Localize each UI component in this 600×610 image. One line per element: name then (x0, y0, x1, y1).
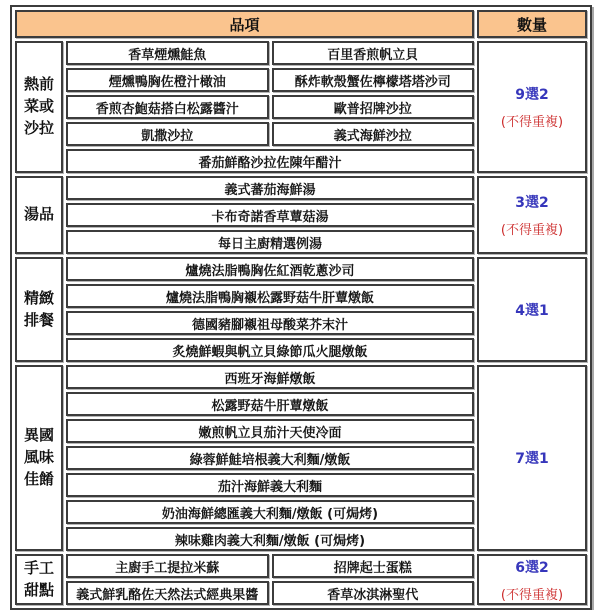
category-cell: 湯品 (15, 176, 63, 254)
dish-cell: 招牌起士蛋糕 (272, 554, 475, 578)
category-label-line: 異國 (24, 425, 54, 447)
menu-section-3: 異國風味佳餚西班牙海鮮燉飯松露野菇牛肝蕈燉飯嫩煎帆立貝茄汁天使冷面綠蓉鮮鮭培根義… (15, 365, 587, 551)
dish-row: 德國豬腳襯祖母酸菜芥末汁 (66, 311, 474, 335)
dish-cell: 凱撒沙拉 (66, 122, 269, 146)
quantity-value: 4選1 (515, 300, 548, 320)
quantity-note: (不得重複) (501, 111, 563, 130)
category-label-line: 菜或 (24, 96, 54, 118)
quantity-value: 7選1 (515, 448, 548, 468)
dish-cell: 爐燒法脂鴨胸佐紅酒乾蔥沙司 (66, 257, 474, 281)
menu-body: 熱前菜或沙拉香草煙燻鮭魚百里香煎帆立貝煙燻鴨胸佐橙汁橄油酥炸軟殼蟹佐檸檬塔塔沙司… (15, 41, 587, 600)
dish-list: 爐燒法脂鴨胸佐紅酒乾蔥沙司爐燒法脂鴨胸襯松露野菇牛肝蕈燉飯德國豬腳襯祖母酸菜芥末… (66, 257, 474, 362)
category-cell: 精緻排餐 (15, 257, 63, 362)
dish-cell: 香煎杏鮑菇搭白松露醬汁 (66, 95, 269, 119)
dish-cell: 辣味雞肉義大利麵/燉飯 (可焗烤) (66, 527, 474, 551)
dish-row: 凱撒沙拉義式海鮮沙拉 (66, 122, 474, 146)
quantity-value: 3選2 (515, 192, 548, 212)
menu-section-0: 熱前菜或沙拉香草煙燻鮭魚百里香煎帆立貝煙燻鴨胸佐橙汁橄油酥炸軟殼蟹佐檸檬塔塔沙司… (15, 41, 587, 173)
dish-cell: 西班牙海鮮燉飯 (66, 365, 474, 389)
quantity-cell: 4選1 (477, 257, 587, 362)
dish-row: 香草煙燻鮭魚百里香煎帆立貝 (66, 41, 474, 65)
dish-cell: 綠蓉鮮鮭培根義大利麵/燉飯 (66, 446, 474, 470)
dish-cell: 歐普招牌沙拉 (272, 95, 475, 119)
quantity-value: 9選2 (515, 84, 548, 104)
quantity-note: (不得重複) (501, 584, 563, 601)
dish-cell: 爐燒法脂鴨胸襯松露野菇牛肝蕈燉飯 (66, 284, 474, 308)
category-label-line: 風味 (24, 447, 54, 469)
dish-row: 卡布奇諾香草蕈菇湯 (66, 203, 474, 227)
dish-row: 爐燒法脂鴨胸佐紅酒乾蔥沙司 (66, 257, 474, 281)
quantity-cell: 9選2(不得重複) (477, 41, 587, 173)
dish-cell: 嫩煎帆立貝茄汁天使冷面 (66, 419, 474, 443)
dish-row: 綠蓉鮮鮭培根義大利麵/燉飯 (66, 446, 474, 470)
dish-cell: 酥炸軟殼蟹佐檸檬塔塔沙司 (272, 68, 475, 92)
category-label-line: 手工 (24, 558, 54, 580)
dish-cell: 德國豬腳襯祖母酸菜芥末汁 (66, 311, 474, 335)
quantity-cell: 6選2(不得重複) (477, 554, 587, 600)
dish-row: 松露野菇牛肝蕈燉飯 (66, 392, 474, 416)
dish-cell: 煙燻鴨胸佐橙汁橄油 (66, 68, 269, 92)
dish-row: 奶油海鮮總匯義大利麵/燉飯 (可焗烤) (66, 500, 474, 524)
dish-list: 主廚手工提拉米蘇招牌起士蛋糕義式鮮乳酪佐天然法式經典果醬香草冰淇淋聖代 (66, 554, 474, 600)
dish-list: 義式蕃茄海鮮湯卡布奇諾香草蕈菇湯每日主廚精選例湯 (66, 176, 474, 254)
dish-cell: 卡布奇諾香草蕈菇湯 (66, 203, 474, 227)
dish-cell: 番茄鮮酪沙拉佐陳年醋汁 (66, 149, 474, 173)
menu-table: 品項 數量 熱前菜或沙拉香草煙燻鮭魚百里香煎帆立貝煙燻鴨胸佐橙汁橄油酥炸軟殼蟹佐… (10, 5, 592, 600)
dish-cell: 奶油海鮮總匯義大利麵/燉飯 (可焗烤) (66, 500, 474, 524)
dish-cell: 主廚手工提拉米蘇 (66, 554, 269, 578)
category-cell: 熱前菜或沙拉 (15, 41, 63, 173)
category-label-line: 沙拉 (24, 118, 54, 140)
dish-cell: 義式蕃茄海鮮湯 (66, 176, 474, 200)
dish-row: 義式蕃茄海鮮湯 (66, 176, 474, 200)
category-label-line: 熱前 (24, 74, 54, 96)
menu-section-1: 湯品義式蕃茄海鮮湯卡布奇諾香草蕈菇湯每日主廚精選例湯3選2(不得重複) (15, 176, 587, 254)
menu-section-4: 手工甜點主廚手工提拉米蘇招牌起士蛋糕義式鮮乳酪佐天然法式經典果醬香草冰淇淋聖代6… (15, 554, 587, 600)
dish-cell: 香草冰淇淋聖代 (272, 581, 475, 600)
table-header-row: 品項 數量 (15, 10, 587, 38)
dish-cell: 義式鮮乳酪佐天然法式經典果醬 (66, 581, 269, 600)
dish-row: 西班牙海鮮燉飯 (66, 365, 474, 389)
dish-cell: 義式海鮮沙拉 (272, 122, 475, 146)
dish-row: 辣味雞肉義大利麵/燉飯 (可焗烤) (66, 527, 474, 551)
category-cell: 異國風味佳餚 (15, 365, 63, 551)
dish-row: 炙燒鮮蝦與帆立貝綠節瓜火腿燉飯 (66, 338, 474, 362)
quantity-value: 6選2 (515, 557, 548, 577)
category-cell: 手工甜點 (15, 554, 63, 600)
dish-row: 番茄鮮酪沙拉佐陳年醋汁 (66, 149, 474, 173)
dish-row: 茄汁海鮮義大利麵 (66, 473, 474, 497)
dish-cell: 每日主廚精選例湯 (66, 230, 474, 254)
items-header-cell: 品項 (15, 10, 474, 38)
dish-row: 煙燻鴨胸佐橙汁橄油酥炸軟殼蟹佐檸檬塔塔沙司 (66, 68, 474, 92)
dish-list: 香草煙燻鮭魚百里香煎帆立貝煙燻鴨胸佐橙汁橄油酥炸軟殼蟹佐檸檬塔塔沙司香煎杏鮑菇搭… (66, 41, 474, 173)
dish-cell: 松露野菇牛肝蕈燉飯 (66, 392, 474, 416)
category-label-line: 佳餚 (24, 469, 54, 491)
dish-row: 義式鮮乳酪佐天然法式經典果醬香草冰淇淋聖代 (66, 581, 474, 600)
dish-list: 西班牙海鮮燉飯松露野菇牛肝蕈燉飯嫩煎帆立貝茄汁天使冷面綠蓉鮮鮭培根義大利麵/燉飯… (66, 365, 474, 551)
quantity-header-cell: 數量 (477, 10, 587, 38)
dish-row: 爐燒法脂鴨胸襯松露野菇牛肝蕈燉飯 (66, 284, 474, 308)
quantity-cell: 7選1 (477, 365, 587, 551)
menu-section-2: 精緻排餐爐燒法脂鴨胸佐紅酒乾蔥沙司爐燒法脂鴨胸襯松露野菇牛肝蕈燉飯德國豬腳襯祖母… (15, 257, 587, 362)
quantity-cell: 3選2(不得重複) (477, 176, 587, 254)
category-label-line: 甜點 (24, 580, 54, 601)
dish-row: 香煎杏鮑菇搭白松露醬汁歐普招牌沙拉 (66, 95, 474, 119)
dish-cell: 炙燒鮮蝦與帆立貝綠節瓜火腿燉飯 (66, 338, 474, 362)
category-label-line: 排餐 (24, 310, 54, 332)
dish-cell: 百里香煎帆立貝 (272, 41, 475, 65)
quantity-note: (不得重複) (501, 219, 563, 238)
category-label-line: 湯品 (24, 204, 54, 226)
dish-row: 主廚手工提拉米蘇招牌起士蛋糕 (66, 554, 474, 578)
dish-row: 嫩煎帆立貝茄汁天使冷面 (66, 419, 474, 443)
dish-cell: 香草煙燻鮭魚 (66, 41, 269, 65)
dish-cell: 茄汁海鮮義大利麵 (66, 473, 474, 497)
dish-row: 每日主廚精選例湯 (66, 230, 474, 254)
category-label-line: 精緻 (24, 288, 54, 310)
